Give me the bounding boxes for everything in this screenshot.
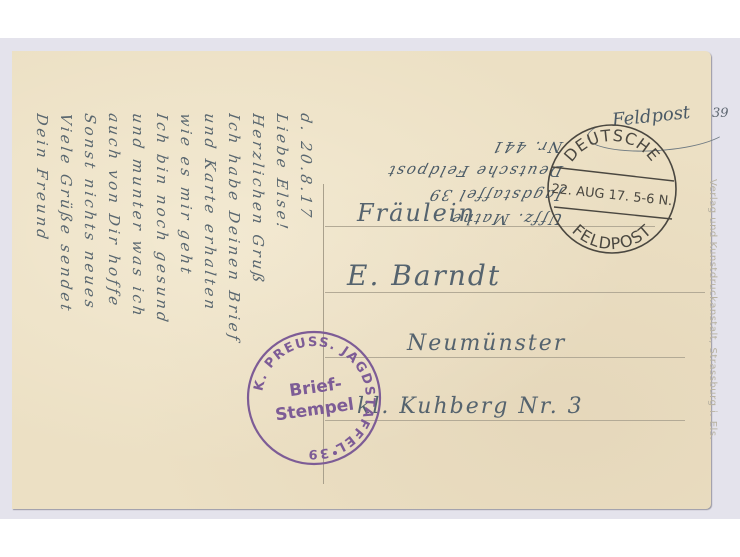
message-line: Sonst nichts neues	[75, 113, 99, 553]
svg-text:22. AUG 17. 5-6 N.: 22. AUG 17. 5-6 N.	[551, 182, 673, 210]
address-salutation: Fräulein	[357, 199, 476, 227]
message-line: und munter was ich	[123, 113, 147, 553]
feldpost-postmark: DEUTSCHE FELDPOST 22. AUG 17. 5-6 N.	[542, 119, 682, 259]
sender-line: Deutsche Feldpost	[329, 159, 565, 183]
svg-text:DEUTSCHE: DEUTSCHE	[560, 126, 664, 165]
postcard: d. 20.8.17Liebe Else!Herzlichen GrußIch …	[12, 51, 711, 509]
message-line: Viele Grüße sendet	[51, 113, 75, 553]
message-line: wie es mir geht	[171, 113, 195, 553]
message-line: und Karte erhalten	[195, 113, 219, 553]
printer-imprint: Verlag und Kunstdruckanstalt, Strassburg…	[702, 179, 718, 489]
corner-number: 39	[712, 106, 729, 121]
message-line: Dein Freund	[30, 113, 51, 553]
message-line: Ich bin noch gesund	[147, 113, 171, 553]
svg-text:K. PREUSS. JAGDSTAFFEL 39: K. PREUSS. JAGDSTAFFEL 39	[251, 335, 377, 461]
svg-text:FELDPOST: FELDPOST	[569, 220, 656, 253]
address-line	[325, 292, 705, 293]
jagdstaffel-unit-stamp: K. PREUSS. JAGDSTAFFEL 39 Brief- Stempel	[239, 323, 389, 473]
message-line: auch von Dir hoffe	[99, 113, 123, 553]
svg-text:Stempel: Stempel	[274, 395, 355, 426]
address-city: Neumünster	[407, 331, 566, 356]
address-name: E. Barndt	[347, 259, 501, 292]
address-street: kl. Kuhberg Nr. 3	[357, 394, 584, 419]
sender-line: Nr. 441	[329, 135, 565, 159]
